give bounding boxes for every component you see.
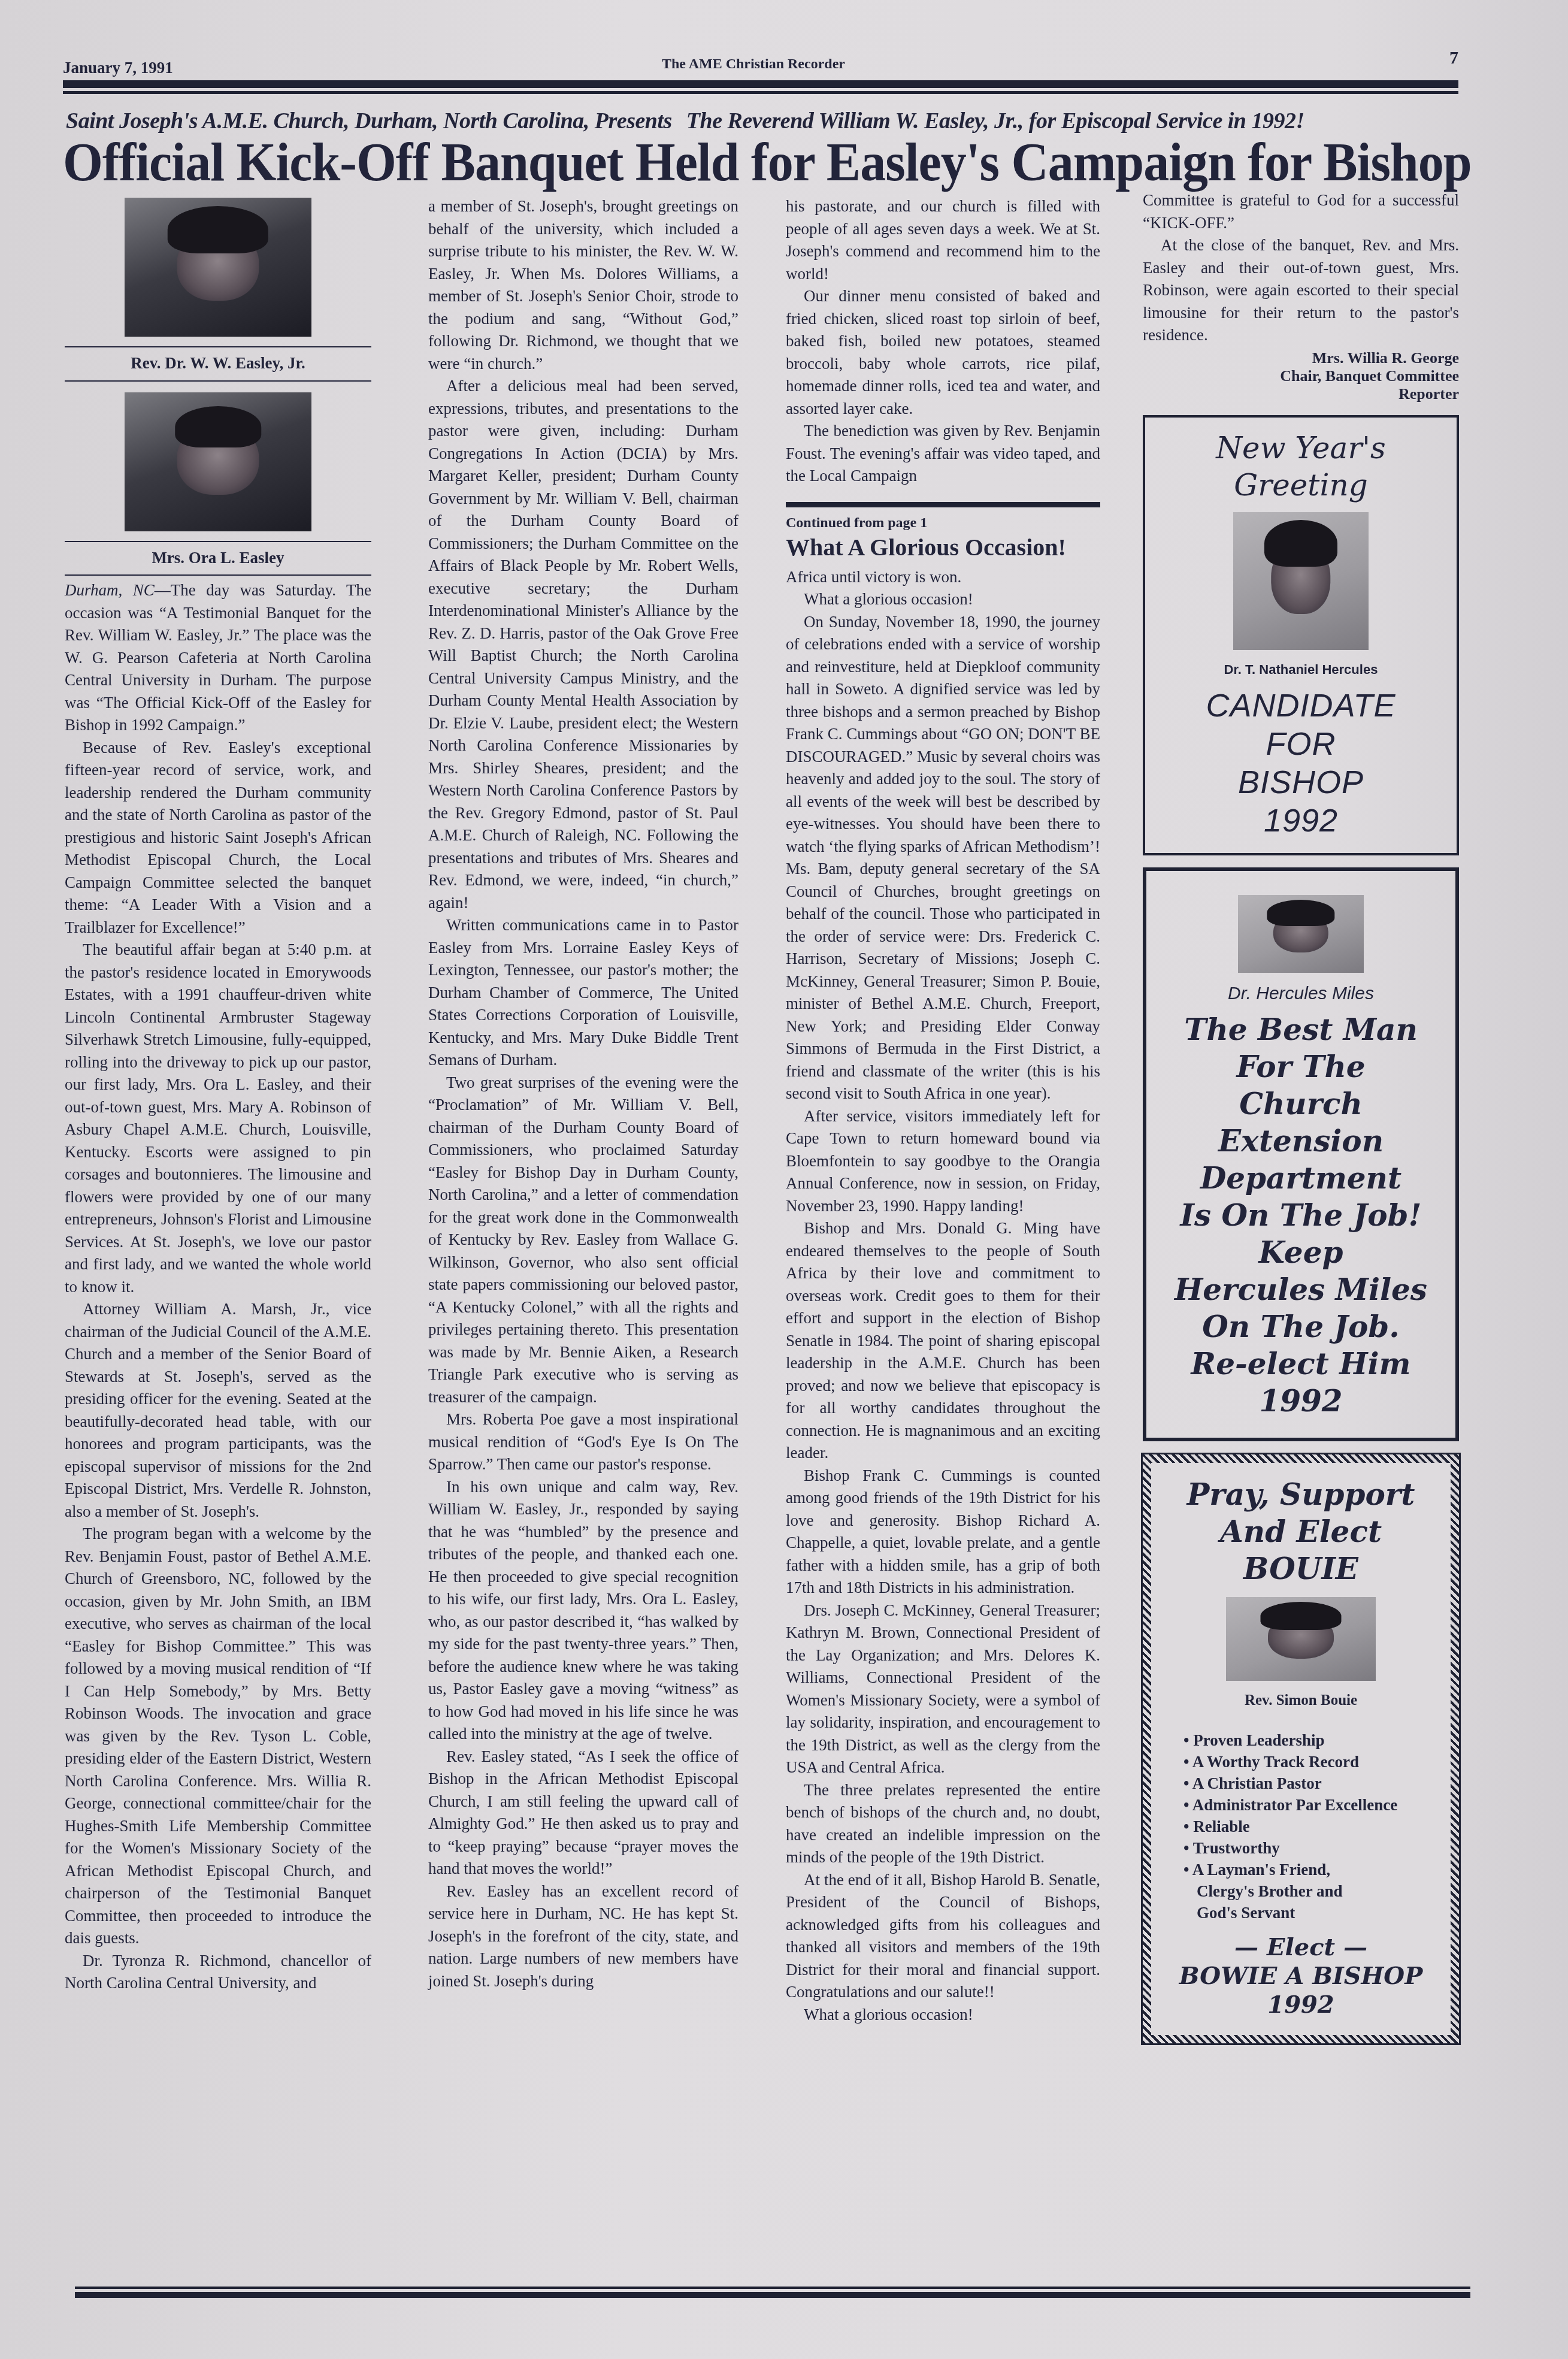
article-column-4: Committee is grateful to God for a succe…	[1143, 189, 1459, 2043]
ad-bouie: Pray, Support And Elect BOUIE Rev. Simon…	[1143, 1454, 1459, 2044]
paragraph: Durham, NC—The day was Saturday. The occ…	[65, 579, 371, 737]
paragraph: Bishop Frank C. Cummings is counted amon…	[786, 1465, 1100, 1599]
byline: Mrs. Willia R. George Chair, Banquet Com…	[1143, 349, 1459, 403]
ad-line: The Best Man	[1152, 1011, 1449, 1048]
ad-heading-line: Pray, Support	[1172, 1476, 1430, 1513]
list-item-continuation: Clergy's Brother and	[1183, 1880, 1430, 1902]
paragraph: Drs. Joseph C. McKinney, General Treasur…	[786, 1599, 1100, 1779]
paragraph: The benediction was given by Rev. Benjam…	[786, 420, 1100, 488]
publication-name: The AME Christian Recorder	[662, 56, 845, 72]
ad-line: Hercules Miles	[1152, 1271, 1449, 1308]
paragraph: Dr. Tyronza R. Richmond, chancellor of N…	[65, 1950, 371, 1995]
photo-miles	[1238, 895, 1364, 973]
photo-bouie	[1226, 1597, 1376, 1681]
ad-heading-line: And Elect	[1172, 1513, 1430, 1550]
ad-line: Church Extension	[1152, 1085, 1449, 1160]
paragraph: Bishop and Mrs. Donald G. Ming have ende…	[786, 1217, 1100, 1465]
ad-line: On The Job.	[1152, 1308, 1449, 1345]
list-item: Reliable	[1183, 1816, 1430, 1837]
paragraph: The program began with a welcome by the …	[65, 1523, 371, 1950]
ad-line: Is On The Job!	[1152, 1197, 1449, 1234]
paragraph: After a delicious meal had been served, …	[428, 375, 738, 914]
list-item: Administrator Par Excellence	[1183, 1794, 1430, 1816]
ad-bouie-content: Pray, Support And Elect BOUIE Rev. Simon…	[1151, 1463, 1451, 2036]
ad-line: CANDIDATE	[1151, 686, 1451, 725]
article-column-1: Rev. Dr. W. W. Easley, Jr. Mrs. Ora L. E…	[65, 198, 371, 1995]
ad-candidate-name: Dr. Hercules Miles	[1152, 982, 1449, 1005]
ad-heading-line: BOUIE	[1172, 1550, 1430, 1587]
paragraph: his pastorate, and our church is filled …	[786, 195, 1100, 285]
paragraph: Our dinner menu consisted of baked and f…	[786, 285, 1100, 420]
qualities-list: Proven Leadership A Worthy Track Record …	[1183, 1729, 1430, 1924]
paragraph: Written communications came in to Pastor…	[428, 914, 738, 1072]
ad-miles: Dr. Hercules Miles The Best Man For The …	[1143, 867, 1459, 1441]
ad-line: For The	[1152, 1048, 1449, 1085]
ad-hercules: New Year's Greeting Dr. T. Nathaniel Her…	[1143, 415, 1459, 856]
paragraph: At the close of the banquet, Rev. and Mr…	[1143, 234, 1459, 347]
paragraph: Rev. Easley has an excellent record of s…	[428, 1880, 738, 1993]
ad-candidate-name: Dr. T. Nathaniel Hercules	[1151, 658, 1451, 681]
paragraph: The beautiful affair began at 5:40 p.m. …	[65, 939, 371, 1298]
masthead: January 7, 1991 The AME Christian Record…	[63, 48, 1458, 96]
paragraph: Africa until victory is won.	[786, 566, 1100, 589]
byline-role: Reporter	[1143, 385, 1459, 403]
byline-name: Mrs. Willia R. George	[1143, 349, 1459, 367]
ad-line: 1992	[1151, 802, 1451, 840]
ad-slogan: BOWIE A BISHOP	[1172, 1962, 1430, 1991]
paragraph: At the end of it all, Bishop Harold B. S…	[786, 1869, 1100, 2004]
byline-title: Chair, Banquet Committee	[1143, 367, 1459, 385]
article-column-2: a member of St. Joseph's, brought greeti…	[428, 195, 738, 1992]
ad-line: Re-elect Him	[1152, 1345, 1449, 1383]
paragraph: Two great surprises of the evening were …	[428, 1072, 738, 1409]
ad-line: Department	[1152, 1160, 1449, 1197]
paragraph: In his own unique and calm way, Rev. Wil…	[428, 1476, 738, 1746]
headline: Official Kick-Off Banquet Held for Easle…	[63, 131, 1458, 193]
issue-date: January 7, 1991	[63, 59, 173, 77]
continued-article-title: What A Glorious Occasion!	[786, 533, 1100, 562]
section-divider	[786, 502, 1100, 507]
list-item: A Worthy Track Record	[1183, 1751, 1430, 1773]
ad-line: FOR	[1151, 725, 1451, 763]
list-item: A Christian Pastor	[1183, 1773, 1430, 1794]
article-column-3: his pastorate, and our church is filled …	[786, 195, 1100, 2026]
paragraph: Attorney William A. Marsh, Jr., vice cha…	[65, 1298, 371, 1523]
caption-ora-easley: Mrs. Ora L. Easley	[65, 541, 371, 576]
list-item: Proven Leadership	[1183, 1729, 1430, 1751]
photo-hercules	[1233, 512, 1369, 650]
ad-candidate-name: Rev. Simon Bouie	[1172, 1689, 1430, 1712]
kicker-part-1: Saint Joseph's A.M.E. Church, Durham, No…	[66, 108, 672, 134]
paragraph: Mrs. Roberta Poe gave a most inspiration…	[428, 1408, 738, 1476]
kicker-part-2: The Reverend William W. Easley, Jr., for…	[686, 108, 1304, 134]
paragraph: Rev. Easley stated, “As I seek the offic…	[428, 1746, 738, 1880]
photo-easley	[125, 198, 311, 337]
photo-ora-easley	[125, 392, 311, 531]
paragraph: What a glorious occasion!	[786, 588, 1100, 611]
ad-elect: — Elect —	[1172, 1933, 1430, 1962]
ad-line: BISHOP	[1151, 763, 1451, 802]
list-item: A Layman's Friend,	[1183, 1859, 1430, 1880]
dateline: Durham, NC	[65, 581, 155, 599]
paragraph: On Sunday, November 18, 1990, the journe…	[786, 611, 1100, 1105]
paragraph: After service, visitors immediately left…	[786, 1105, 1100, 1218]
continued-label: Continued from page 1	[786, 513, 1100, 533]
footer-rule-thick	[75, 2292, 1470, 2298]
ad-line: 1992	[1152, 1383, 1449, 1420]
caption-easley: Rev. Dr. W. W. Easley, Jr.	[65, 346, 371, 382]
paragraph: a member of St. Joseph's, brought greeti…	[428, 195, 738, 375]
ad-line: Keep	[1152, 1234, 1449, 1271]
ad-greeting: New Year's Greeting	[1151, 430, 1451, 504]
newspaper-page: January 7, 1991 The AME Christian Record…	[0, 0, 1568, 2359]
masthead-rule-thin	[63, 91, 1458, 94]
paragraph: Committee is grateful to God for a succe…	[1143, 189, 1459, 234]
ad-year: 1992	[1172, 1991, 1430, 2019]
masthead-rule-thick	[63, 80, 1458, 88]
list-item-continuation: God's Servant	[1183, 1902, 1430, 1924]
page-number: 7	[1449, 48, 1458, 68]
paragraph: What a glorious occasion!	[786, 2004, 1100, 2027]
footer-rule-thin	[75, 2287, 1470, 2289]
paragraph: Because of Rev. Easley's exceptional fif…	[65, 737, 371, 939]
paragraph: The three prelates represented the entir…	[786, 1779, 1100, 1869]
list-item: Trustworthy	[1183, 1837, 1430, 1859]
